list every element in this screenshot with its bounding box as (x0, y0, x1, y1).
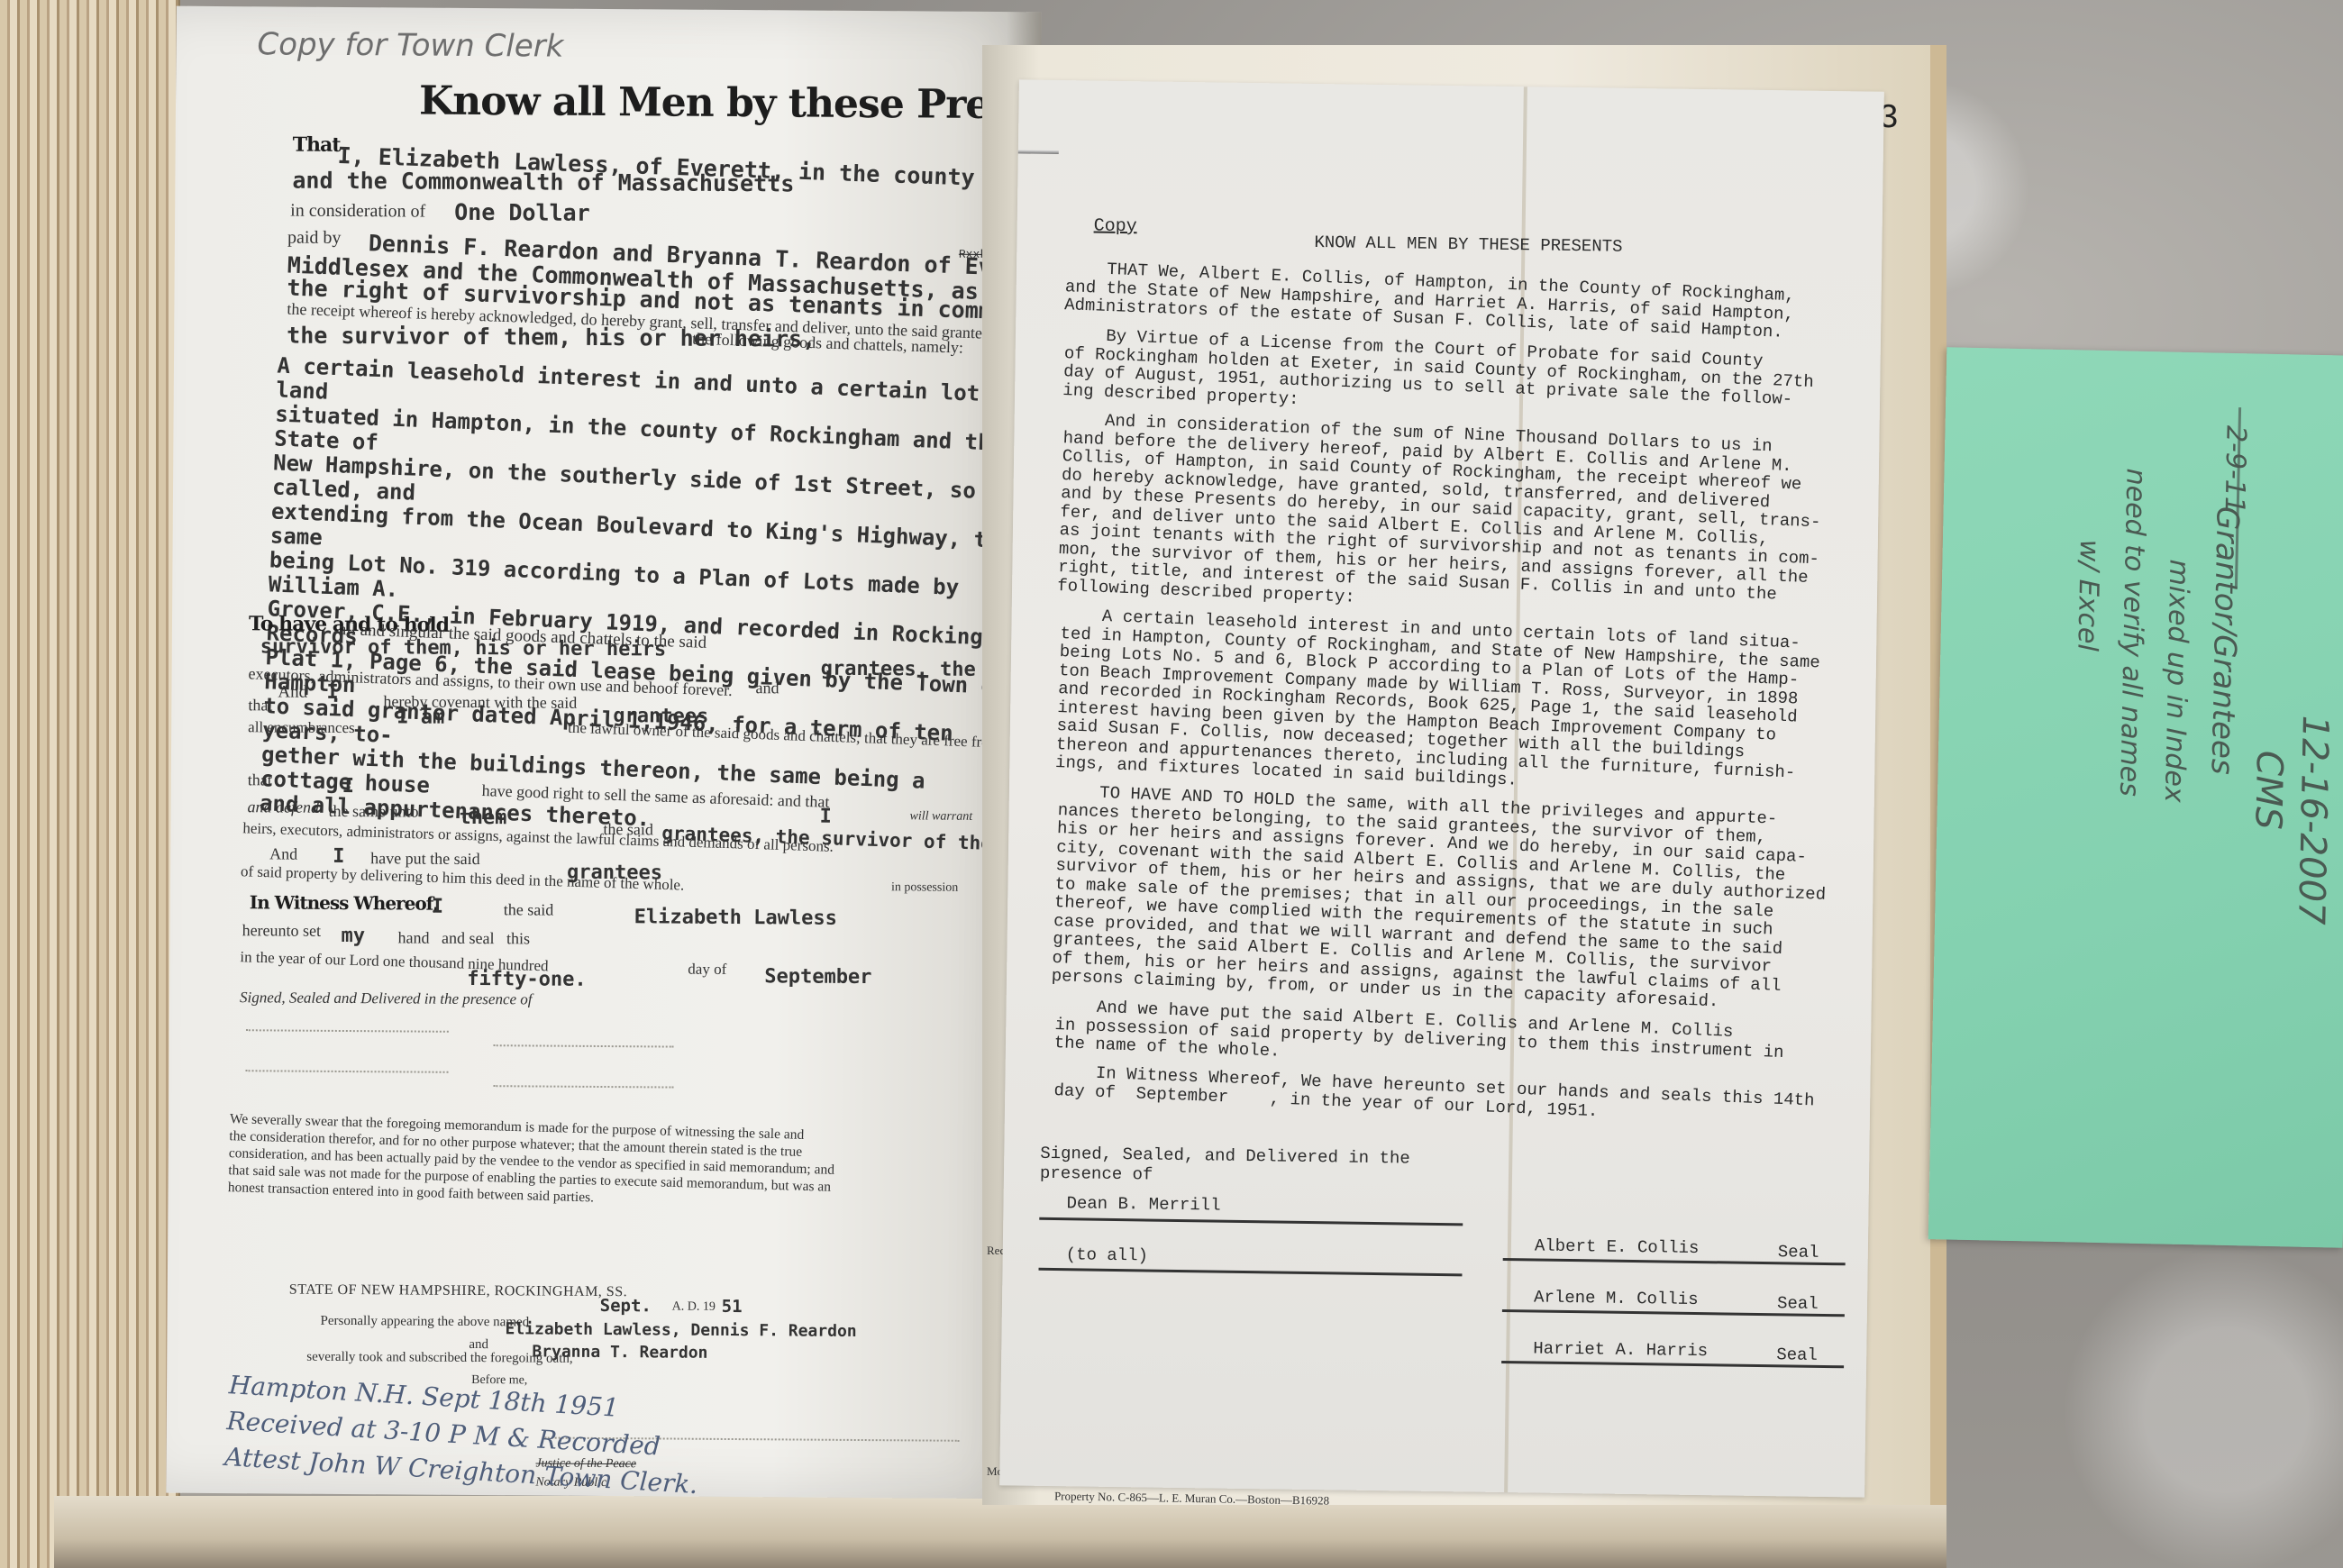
seal-label: Seal (1778, 1242, 1819, 1263)
witness-name-2: (to all) (1066, 1244, 1149, 1265)
book-bottom-edge (54, 1496, 1946, 1568)
state-month: Sept. (600, 1296, 652, 1316)
day-of-label: day of (688, 961, 726, 979)
state-ad: A. D. 19 (672, 1300, 716, 1315)
carbon-heading: KNOW ALL MEN BY THESE PRESENTS (1314, 232, 1622, 257)
possession-and: And (269, 844, 297, 863)
appearing-label: Personally appearing the above named (321, 1314, 530, 1331)
carbon-paragraph: And in consideration of the sum of Nine … (1057, 410, 1856, 625)
witness-signature-line-2 (1038, 1268, 1462, 1277)
consideration-label: in consideration of (290, 201, 425, 223)
signatory-name: Arlene M. Collis (1534, 1287, 1699, 1309)
covenant-that: that (248, 696, 272, 715)
encumbrances-label: all encumbrances (248, 718, 355, 737)
witness-name: Elizabeth Lawless (634, 906, 837, 930)
paid-by-label: paid by (287, 228, 342, 249)
property-description: A certain leasehold interest in and unto… (259, 353, 1038, 845)
carbon-paragraph: TO HAVE AND TO HOLD the same, with all t… (1051, 782, 1851, 1016)
state-year: 51 (722, 1297, 743, 1317)
covenant-and: And (278, 682, 307, 702)
pencil-note: Copy for Town Clerk (257, 26, 563, 64)
oath-text: We severally swear that the foregoing me… (228, 1110, 836, 1213)
habendum-grantees: grantees, the (821, 658, 976, 681)
signatory-name: Harriet A. Harris (1533, 1338, 1708, 1361)
right-i-2: I (819, 806, 831, 828)
witness-said: the said (504, 900, 554, 919)
witness-i: I (432, 896, 443, 918)
possession-i: I (333, 845, 344, 868)
witness-name-1: Dean B. Merrill (1066, 1193, 1220, 1215)
witness-line-3 (494, 1044, 674, 1047)
witness-line-2 (246, 1070, 449, 1073)
possession-text: have put the said (370, 849, 480, 869)
witness-heading: In Witness Whereof, (250, 891, 438, 914)
in-possession: in possession (891, 880, 958, 896)
hereunto-my: my (341, 925, 365, 947)
staple (1018, 150, 1059, 154)
will-warrant: will warrant (909, 809, 972, 824)
note-entry-date: 2-9-11 (2219, 425, 2252, 515)
right-i: I (342, 775, 354, 798)
witness-signature-line-1 (1039, 1217, 1463, 1226)
signed-label: Signed, Sealed and Delivered in the pres… (240, 989, 533, 1008)
carbon-body: THAT We, Albert E. Collis, of Hampton, i… (1054, 251, 1859, 1110)
right-that: that (248, 770, 272, 789)
note-date: 12-16-2007 (2290, 715, 2336, 925)
hereunto-label: hereunto set (242, 921, 322, 941)
seal-label: Seal (1777, 1293, 1819, 1314)
seal-label: Seal (1776, 1345, 1818, 1365)
witness-line-1 (246, 1029, 449, 1033)
note-initials: CMS (2247, 750, 2290, 830)
carbon-copy-deed: Copy KNOW ALL MEN BY THESE PRESENTS THAT… (999, 79, 1884, 1497)
note-line-1: Grantor/Grantees (2204, 506, 2246, 775)
defend-label: and defend (247, 798, 319, 817)
copy-label: Copy (1094, 216, 1137, 238)
witness-line-4 (493, 1085, 673, 1088)
carbon-paragraph: A certain leasehold interest in and unto… (1055, 606, 1854, 802)
habendum-survivor: survivor of them, his or her heirs (260, 635, 667, 661)
note-line-4: w/ Excel (2071, 539, 2105, 652)
note-line-3: need to verify all names (2113, 468, 2152, 797)
year-value: fifty-one. (467, 968, 587, 991)
that-label: That (293, 133, 341, 157)
state-label: STATE OF NEW HAMPSHIRE, ROCKINGHAM, SS. (289, 1282, 627, 1301)
sticky-note: 12-16-2007 CMS 2-9-11 Grantor/Grantees m… (1928, 347, 2343, 1247)
note-line-2: mixed up in Index (2158, 559, 2195, 803)
left-page: Copy for Town Clerk Know all Men by thes… (166, 6, 1041, 1500)
covenant-i-am: I am (397, 706, 444, 728)
day-of-month: September (764, 965, 871, 989)
carbon-signed-label: Signed, Sealed, and Delivered in the pre… (1040, 1144, 1410, 1189)
defend-text: the same unto (328, 802, 418, 822)
covenant-i: I (326, 681, 338, 704)
signatory-name: Albert E. Collis (1535, 1235, 1700, 1258)
handwritten-recording-note: Hampton N.H. Sept 18th 1951 Received at … (223, 1367, 703, 1503)
habendum-and: and (755, 679, 779, 697)
hand-seal-text: hand and seal this (397, 928, 530, 948)
oath-subscribed: severally took and subscribed the forego… (306, 1350, 572, 1367)
appearing-names-1: Elizabeth Lawless, Dennis F. Reardon (505, 1319, 856, 1341)
consideration-value: One Dollar (454, 199, 590, 226)
book-page-edges (0, 0, 180, 1568)
grantor-line-2: and the Commonwealth of Massachusetts (292, 168, 794, 197)
